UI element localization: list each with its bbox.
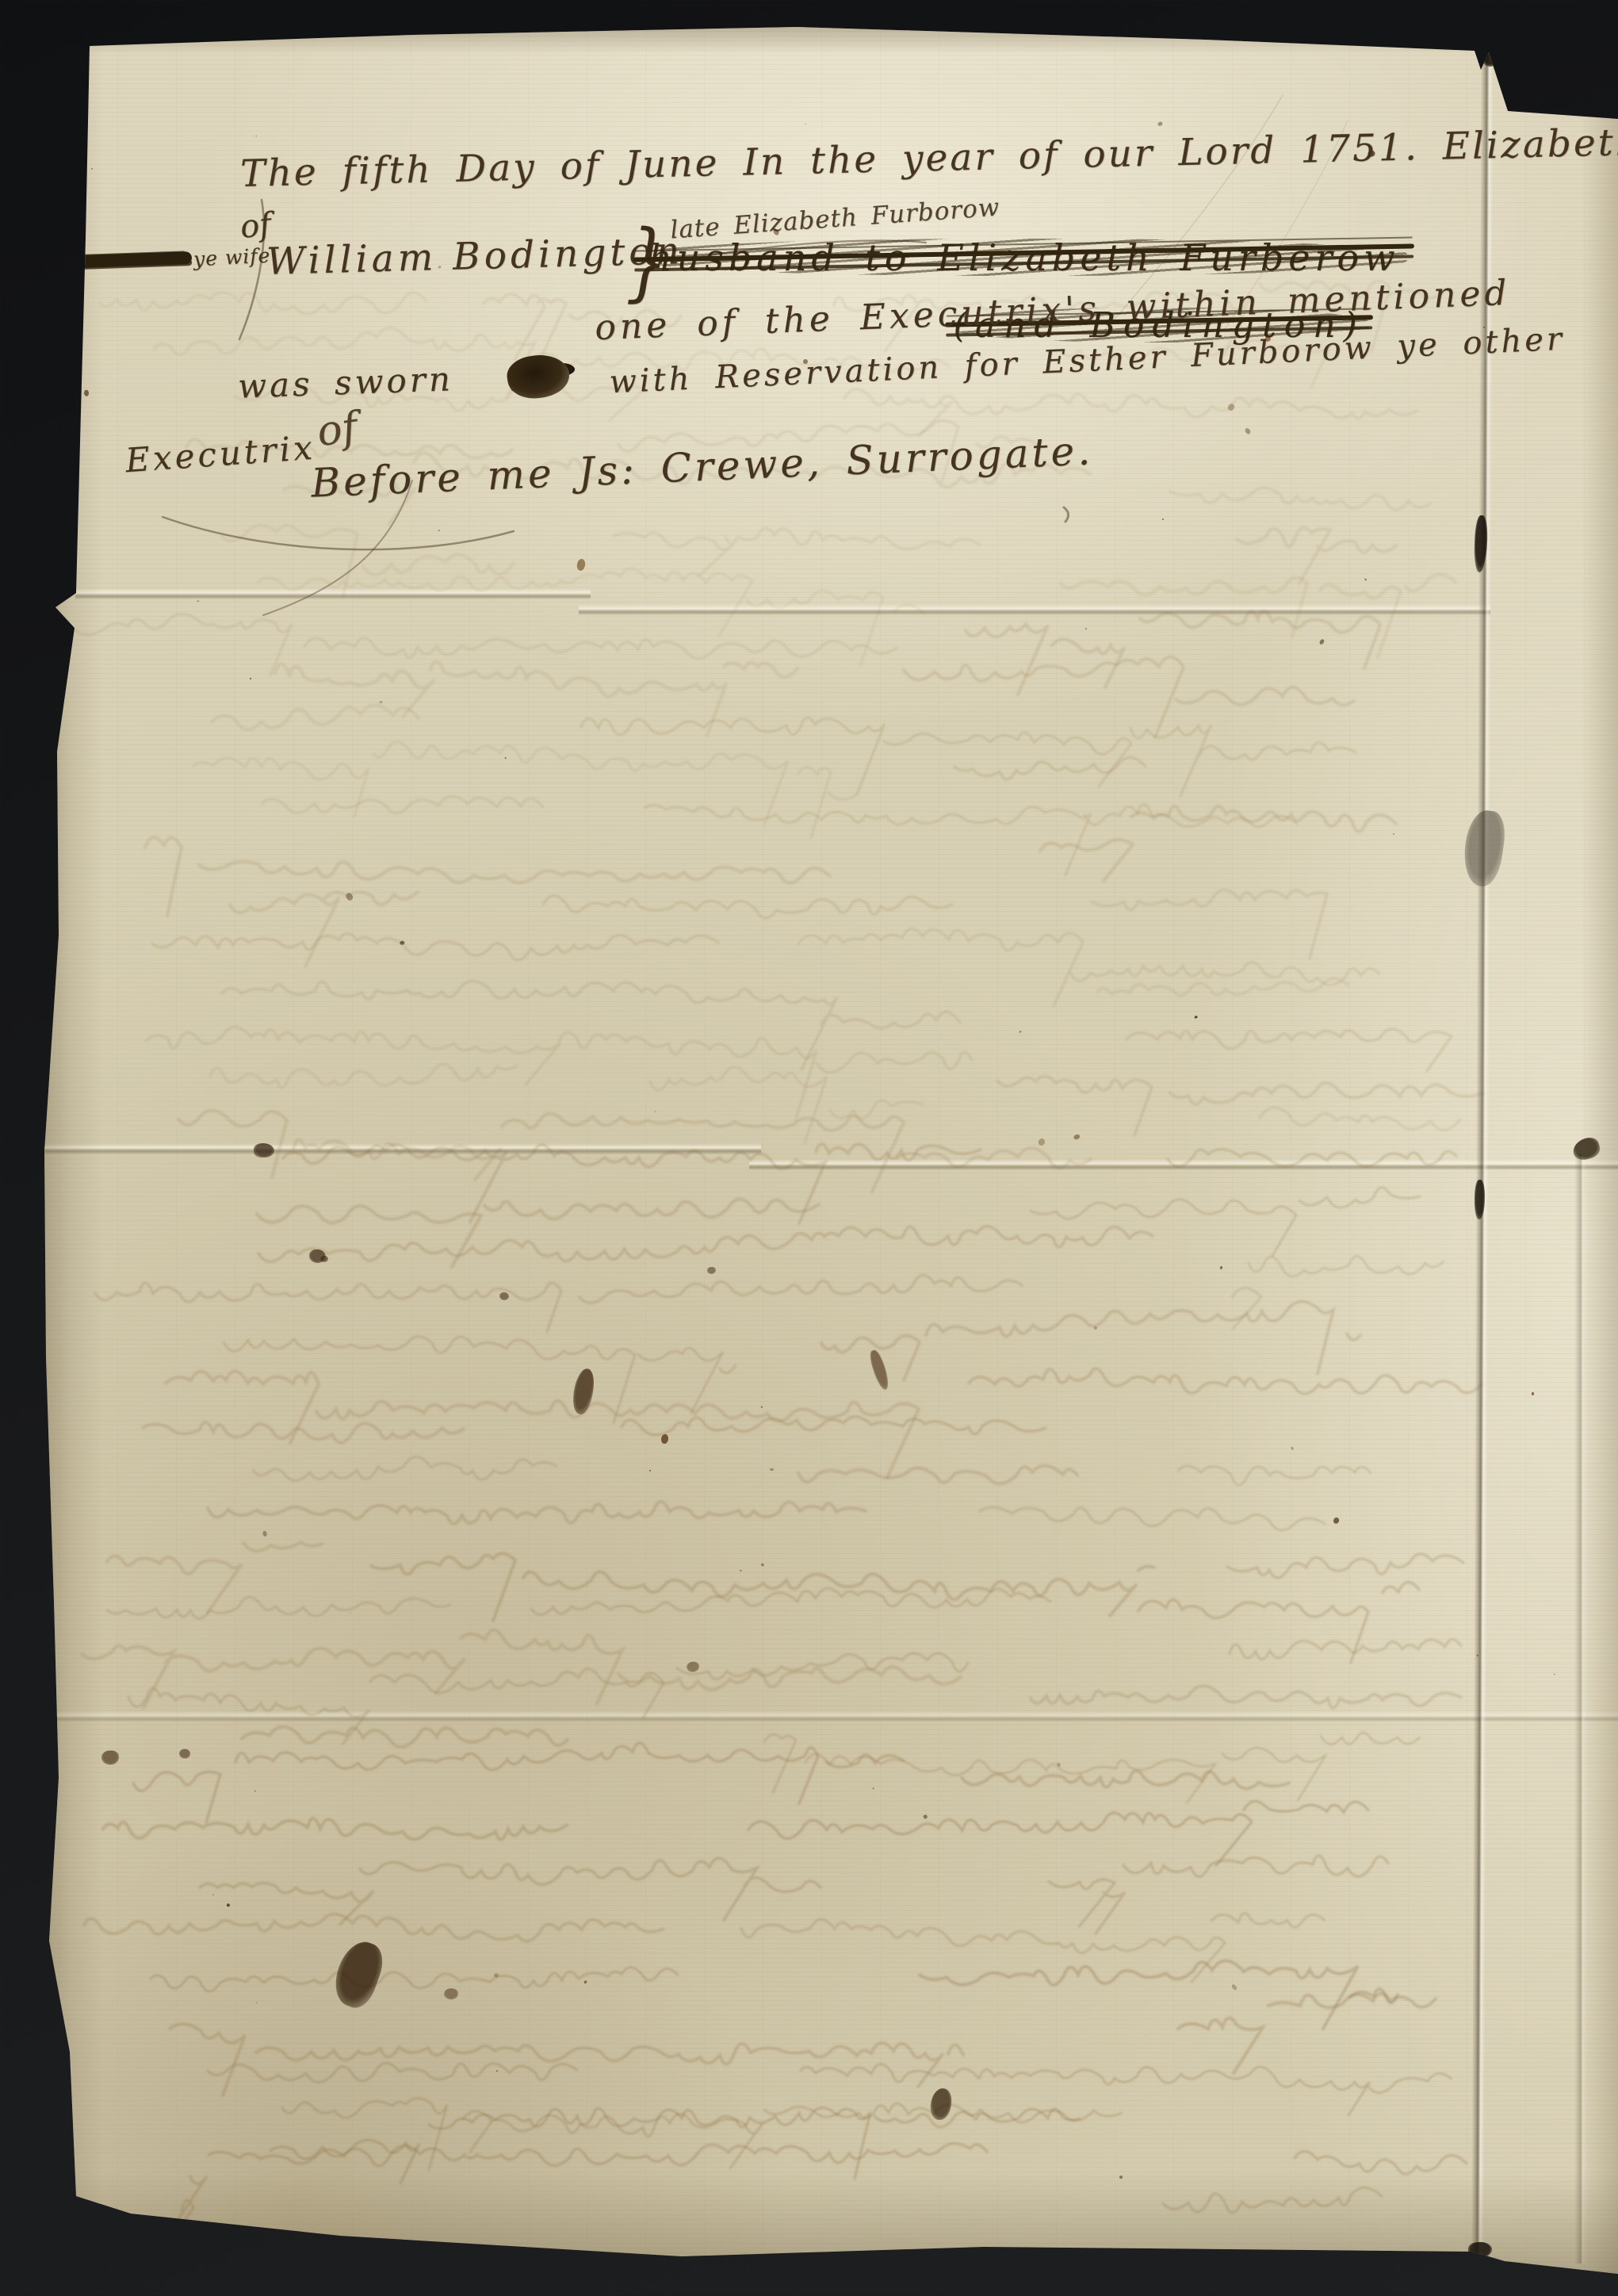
ink-spot	[494, 1973, 499, 1977]
ink-stain	[1482, 44, 1499, 67]
ink-stain	[320, 1256, 328, 1262]
executrix-flourish-word: of	[314, 404, 360, 456]
ink-spot	[350, 1613, 350, 1614]
ink-stain	[179, 1749, 190, 1758]
ink-stain	[254, 1143, 274, 1158]
sworn-words: was sworn	[237, 359, 453, 405]
photograph-background: { "document": { "kind": "handwritten pro…	[0, 0, 1618, 2296]
manuscript-page: The fifth Day of June In the year of our…	[0, 0, 1618, 2296]
ink-stain	[101, 1751, 119, 1765]
ink-spot	[770, 1468, 774, 1471]
ink-stain	[499, 1292, 509, 1300]
ink-spot	[1532, 1392, 1534, 1395]
ink-spot	[505, 757, 507, 759]
ink-spot	[805, 124, 806, 124]
ink-spot	[740, 1570, 742, 1571]
struck-text-1: husband to Elizabeth Furberow	[648, 236, 1400, 279]
ink-spot	[1085, 628, 1087, 629]
ink-spot	[873, 1788, 874, 1789]
margin-note: ye wife	[193, 243, 271, 270]
ink-stain	[444, 1988, 458, 1999]
ink-spot	[1554, 1674, 1555, 1675]
ink-spot	[255, 136, 257, 137]
